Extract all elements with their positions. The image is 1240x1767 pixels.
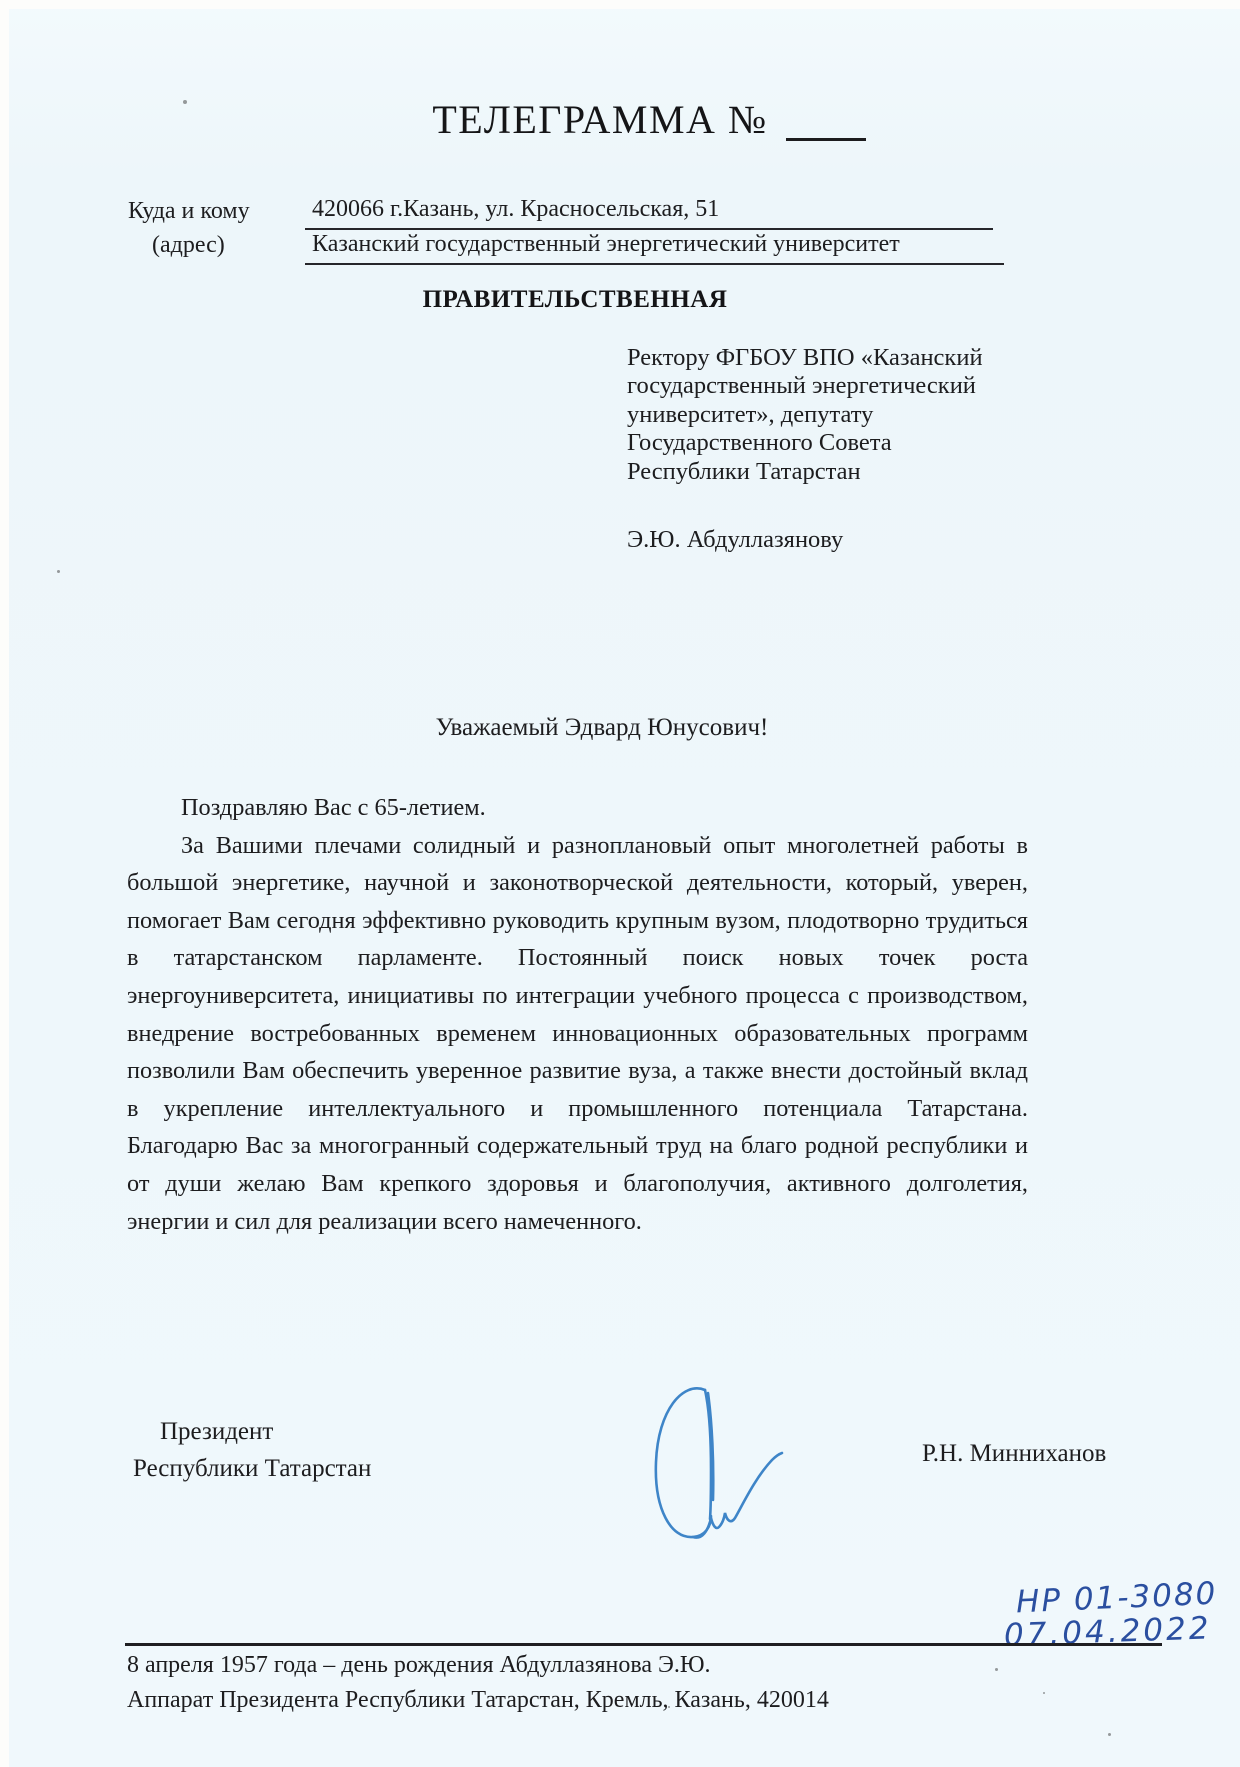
recipient-line: Государственного Совета [627,429,983,457]
telegram-number-blank [786,138,866,141]
signatory-position-line2: Республики Татарстан [133,1455,371,1483]
footer-note-2: Аппарат Президента Республики Татарстан,… [127,1687,829,1714]
handwritten-signature [645,1380,785,1552]
footer-separator [125,1643,1162,1646]
to-label-line2: (адрес) [152,232,225,259]
classification-stamp: ПРАВИТЕЛЬСТВЕННАЯ [423,286,728,314]
address-underline-2 [305,263,1004,265]
scan-edge-left [0,0,9,1767]
salutation: Уважаемый Эдвард Юнусович! [436,714,769,742]
recipient-block: Ректору ФГБОУ ВПО «Казанский государстве… [627,344,983,486]
scan-edge-top [0,0,1240,9]
address-underline-1 [305,228,993,230]
handwritten-date-note: 07.04.2022 [1003,1610,1212,1653]
scan-speck [995,1668,998,1671]
footer-note-1: 8 апреля 1957 года – день рождения Абдул… [127,1652,711,1679]
scan-speck [57,570,60,573]
to-label-line1: Куда и кому [128,198,250,225]
scan-speck [1043,1692,1045,1694]
address-line-1: 420066 г.Казань, ул. Красносельская, 51 [312,196,719,223]
telegram-document: ТЕЛЕГРАММА № Куда и кому (адрес) 420066 … [0,0,1240,1767]
recipient-name: Э.Ю. Абдуллазянову [627,526,843,554]
letter-body: Поздравляю Вас с 65-летием. За Вашими пл… [127,789,1028,1240]
signatory-position-line1: Президент [160,1418,273,1446]
signatory-name: Р.Н. Минниханов [922,1440,1106,1468]
recipient-line: государственный энергетический [627,372,983,400]
recipient-line: Ректору ФГБОУ ВПО «Казанский [627,344,983,372]
body-paragraph-1: Поздравляю Вас с 65-летием. [127,789,1028,827]
recipient-line: Республики Татарстан [627,458,983,486]
classification-row: ПРАВИТЕЛЬСТВЕННАЯ [0,286,1240,314]
address-line-2: Казанский государственный энергетический… [312,231,900,258]
salutation-row: Уважаемый Эдвард Юнусович! [0,714,1240,742]
title-row: ТЕЛЕГРАММА № [0,96,1240,143]
scan-speck [1108,1733,1111,1736]
recipient-line: университет», депутату [627,401,983,429]
page-title: ТЕЛЕГРАММА № [432,97,767,142]
body-paragraph-2: За Вашими плечами солидный и разнопланов… [127,827,1028,1241]
